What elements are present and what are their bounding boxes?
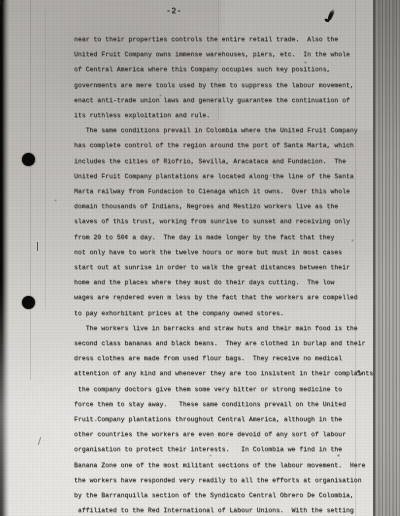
- text-line: wages are rendered even m less by the fa…: [74, 290, 384, 305]
- text-line: the company doctors give them some very …: [74, 382, 384, 397]
- text-line: includes the cities of Riofrio, Sevilla,…: [74, 154, 384, 169]
- paper-crease: [30, 0, 31, 380]
- text-line: force them to stay away. These same cond…: [74, 397, 384, 412]
- stray-mark: [37, 242, 38, 251]
- text-line: Banana Zone one of the most militant sec…: [74, 458, 384, 473]
- text-line: United Fruit Company plantations are loc…: [74, 169, 384, 184]
- text-line: to pay exhorbitant prices at the company…: [74, 306, 384, 321]
- typewritten-text: near to their properties controls the en…: [74, 32, 384, 516]
- text-line: enact anti-trade union laws and generall…: [74, 93, 384, 108]
- text-line: The same conditions prevail in Colombia …: [74, 123, 384, 138]
- text-line: organisation to protect their interests.…: [74, 442, 384, 457]
- text-line: home and the places where they must do t…: [74, 275, 384, 290]
- text-line: United Fruit Company owns immense wareho…: [74, 47, 384, 62]
- text-line: not only have to work the twelve hours o…: [74, 245, 384, 260]
- page-corner: [0, 0, 26, 27]
- text-line: by the Barranquilla section of the Syndi…: [74, 488, 384, 503]
- text-line: the workers have responded very readily …: [74, 473, 384, 488]
- scan-edge-left: [0, 0, 9, 516]
- dust-speckles: [0, 0, 1, 1]
- text-line: its ruthless exploitation and rule.: [74, 108, 384, 123]
- text-line: attention of any kind and whenever they …: [74, 366, 384, 381]
- text-line: governments are mere tools used by them …: [74, 78, 384, 93]
- text-line: other countries the workers are even mor…: [74, 427, 384, 442]
- text-line: has complete control of the region aroun…: [74, 138, 384, 153]
- text-line: Marta railway from Fundacion to Cienaga …: [74, 184, 384, 199]
- text-line: Fruit Company plantations throughout Cen…: [74, 412, 384, 427]
- hole-punch-bottom: [22, 296, 35, 309]
- text-line: of Central America where this Company oc…: [74, 62, 384, 77]
- text-line: from 20 to 50¢ a day. The day is made lo…: [74, 230, 384, 245]
- text-line: start out at sunrise in order to walk th…: [74, 260, 384, 275]
- page-number: -2-: [166, 7, 182, 16]
- pen-mark: [327, 9, 336, 22]
- scanned-document-page: -2- near to their properties controls th…: [0, 0, 400, 516]
- text-line: domain thousands of Indians, Negroes and…: [74, 199, 384, 214]
- text-line: slaves of this trust, working from sunri…: [74, 214, 384, 229]
- text-line: second class bananas and black beans. Th…: [74, 336, 384, 351]
- text-line: near to their properties controls the en…: [74, 32, 384, 47]
- hole-punch-top: [22, 153, 35, 166]
- text-line: dress clothes are made from used flour b…: [74, 351, 384, 366]
- paper-crease: [45, 10, 46, 310]
- text-line: The workers live in barracks and straw h…: [74, 321, 384, 336]
- stray-mark: [38, 437, 41, 445]
- text-line: affiliated to the Red International of L…: [74, 503, 384, 516]
